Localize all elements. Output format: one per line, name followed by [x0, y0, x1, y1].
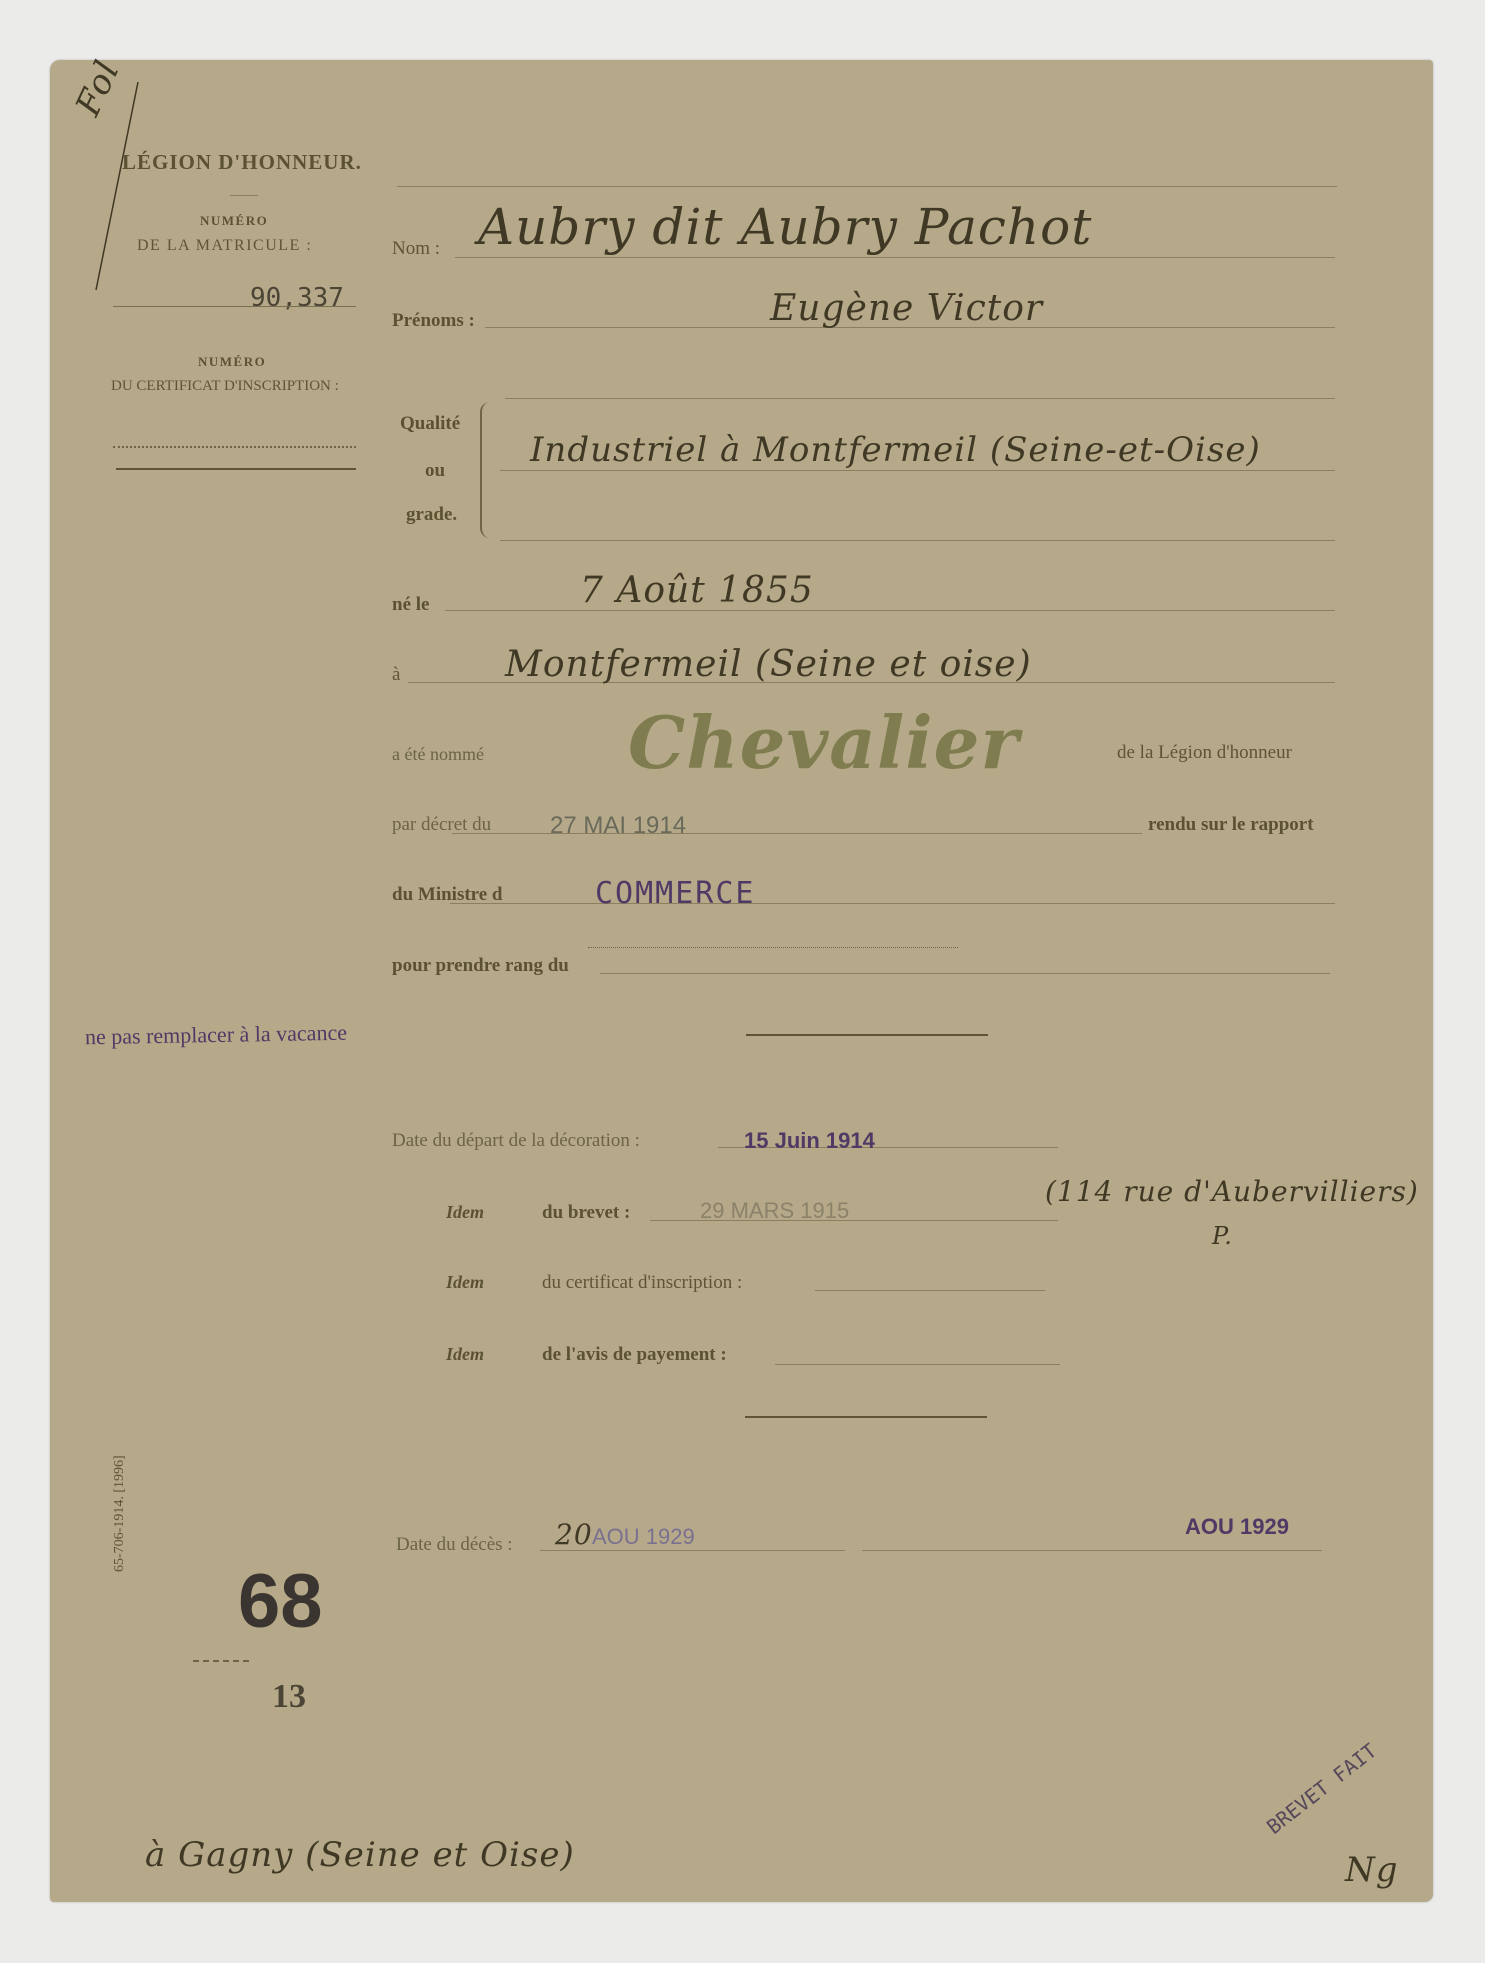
qualite-brace	[480, 402, 490, 538]
initials-bottom-right: Ng	[1345, 1850, 1399, 1890]
brevet-value: 29 MARS 1915	[700, 1198, 849, 1224]
prenoms-value: Eugène Victor	[770, 288, 1043, 329]
rapport-label: rendu sur le rapport	[1148, 814, 1314, 836]
avis-label: de l'avis de payement :	[542, 1344, 727, 1366]
a-label: à	[392, 664, 400, 686]
a-value: Montfermeil (Seine et oise)	[505, 644, 1032, 685]
box-number-rule	[193, 1660, 249, 1662]
certificat-label-1: NUMÉRO	[198, 354, 266, 370]
stamp-vacance: ne pas remplacer à la vacance	[85, 1020, 347, 1051]
prenoms-label: Prénoms :	[392, 310, 475, 332]
matricule-label-1: NUMÉRO	[200, 213, 268, 229]
rang-rule	[600, 973, 1330, 974]
nomme-label: a été nommé	[392, 744, 484, 765]
certificat-dotted-rule	[113, 446, 356, 448]
brevet-label: du brevet :	[542, 1202, 630, 1224]
ministre-value: COMMERCE	[595, 876, 756, 911]
matricule-value: 90,337	[250, 283, 344, 313]
idem-1: Idem	[446, 1202, 484, 1223]
qualite-label-1: Qualité	[400, 413, 460, 435]
qualite-bottom-rule	[500, 540, 1335, 541]
nom-label: Nom :	[392, 238, 440, 260]
matricule-label-2: DE LA MATRICULE :	[137, 237, 312, 255]
rang-label: pour prendre rang du	[392, 955, 569, 977]
nom-rule	[455, 257, 1335, 258]
brevet-note: (114 rue d'Aubervilliers)	[1045, 1175, 1419, 1208]
ministre-rule	[450, 903, 1335, 904]
qualite-value: Industriel à Montfermeil (Seine-et-Oise)	[530, 430, 1261, 470]
grade-chevalier: Chevalier	[628, 700, 1019, 785]
box-sub-number: 13	[272, 1678, 306, 1716]
section-divider-1	[746, 1034, 988, 1036]
nom-value: Aubry dit Aubry Pachot	[478, 198, 1092, 256]
idem-2: Idem	[446, 1272, 484, 1293]
rang-upper-mark	[588, 947, 958, 948]
slash-mark-icon	[90, 80, 150, 300]
avis-rule	[775, 1364, 1060, 1365]
top-rule	[397, 186, 1337, 187]
certificat-date-label: du certificat d'inscription :	[542, 1272, 742, 1294]
qualite-top-rule	[505, 398, 1335, 399]
legion-title: LÉGION D'HONNEUR.	[122, 150, 362, 175]
qualite-label-2: ou	[425, 460, 445, 482]
certificat-rule	[116, 468, 356, 470]
ne-le-value: 7 Août 1855	[580, 570, 814, 611]
certificat-label-2: DU CERTIFICAT D'INSCRIPTION :	[111, 378, 339, 395]
box-number: 68	[238, 1558, 323, 1645]
brevet-note-mark: P.	[1212, 1222, 1233, 1250]
depart-label: Date du départ de la décoration :	[392, 1130, 640, 1152]
footer-note: à Gagny (Seine et Oise)	[145, 1835, 575, 1875]
idem-3: Idem	[446, 1344, 484, 1365]
ne-le-rule	[445, 610, 1335, 611]
deces-second-stamp: AOU 1929	[1185, 1514, 1289, 1540]
certificat-date-rule	[815, 1290, 1045, 1291]
legion-label: de la Légion d'honneur	[1117, 742, 1292, 764]
deces-value-stamp: AOU 1929	[592, 1524, 695, 1550]
ne-le-label: né le	[392, 594, 429, 616]
deces-label: Date du décès :	[396, 1534, 513, 1556]
printer-code: 65-706-1914. [1996]	[112, 1455, 128, 1572]
depart-value: 15 Juin 1914	[744, 1128, 875, 1154]
deces-value-hand: 20	[555, 1518, 593, 1551]
deces-second-rule	[862, 1550, 1322, 1551]
decret-value: 27 MAI 1914	[550, 812, 686, 840]
qualite-rule	[500, 470, 1335, 471]
qualite-label-3: grade.	[406, 504, 457, 526]
section-divider-2	[745, 1416, 987, 1418]
matricule-rule	[113, 306, 356, 307]
title-rule	[230, 195, 258, 196]
